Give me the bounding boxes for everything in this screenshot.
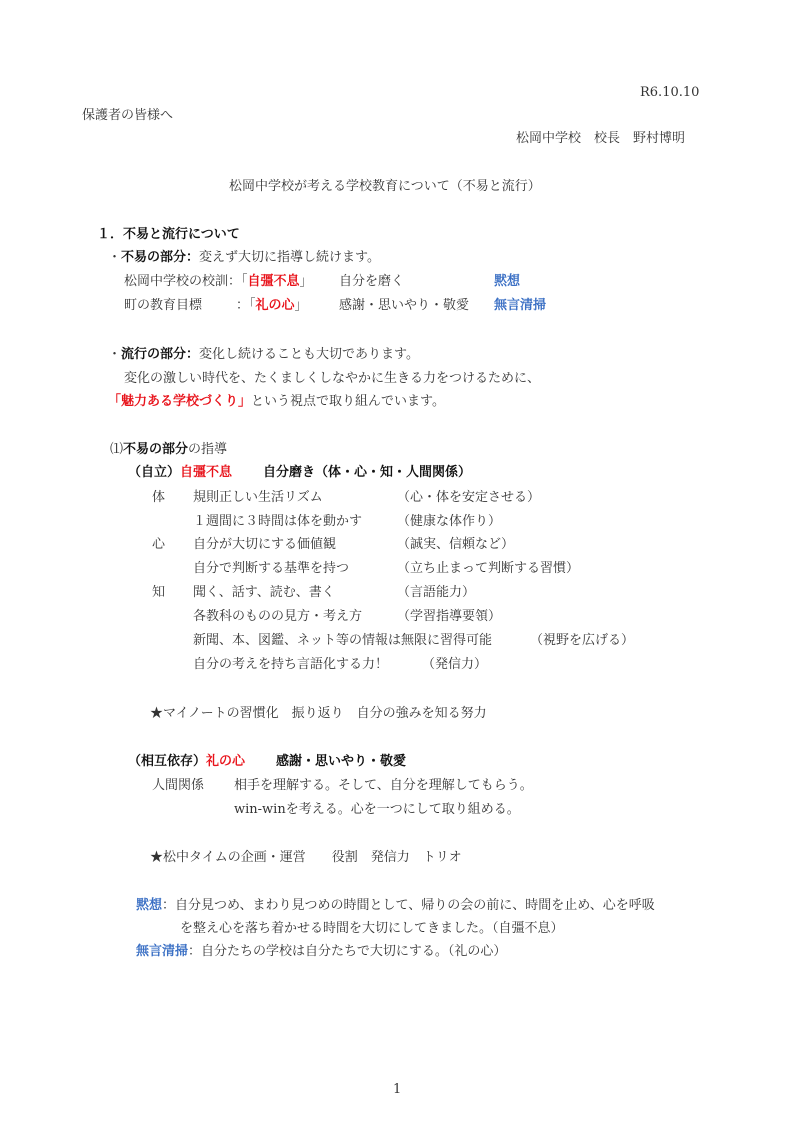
ryuko-line: ・流行の部分：変化し続けることも大切であります。	[108, 346, 419, 364]
sender: 松岡中学校 校長 野村博明	[516, 130, 685, 148]
sougo-label: （相互依存）	[128, 754, 206, 769]
row-note: （心・体を安定させる）	[397, 489, 540, 507]
row-note: （誠実、信頼など）	[397, 536, 514, 554]
jiritsu-desc: 自分磨き（体・心・知・人間関係）	[263, 464, 471, 482]
row-note: （健康な体作り）	[397, 513, 501, 531]
row-category: 心	[152, 536, 165, 554]
highlight-phrase: 「魅力ある学校づくり」	[108, 394, 251, 409]
date: R6.10.10	[640, 84, 699, 102]
row-item: １週間に３時間は体を動かす	[193, 513, 362, 531]
jiritsu-heading: （自立）自彊不息	[128, 464, 232, 482]
town-goal-label: 町の教育目標	[124, 297, 202, 315]
mugon-note: 無言清掃：自分たちの学校は自分たちで大切にする。（礼の心）	[136, 943, 506, 961]
row-item: 聞く、話す、読む、書く	[193, 584, 335, 602]
fueki-line: ・不易の部分：変えず大切に指導し続けます。	[108, 249, 380, 267]
school-motto-value: 自彊不息	[248, 274, 300, 289]
town-goal-value: ：「礼の心」	[236, 297, 308, 315]
separator: ：	[162, 898, 175, 913]
section-heading: １．不易と流行について	[97, 226, 240, 244]
town-goal-desc: 感謝・思いやり・敬愛	[339, 297, 469, 315]
row-item: 規則正しい生活リズム	[193, 489, 323, 507]
quote-close: 」	[295, 298, 308, 313]
jiritsu-value: 自彊不息	[180, 465, 232, 480]
page-number: 1	[393, 1081, 401, 1099]
school-motto-desc: 自分を磨く	[339, 273, 404, 291]
sougo-heading: （相互依存）礼の心	[128, 753, 245, 771]
town-goal-name: 礼の心	[256, 298, 295, 313]
mokuso-term: 黙想	[136, 898, 162, 913]
sougo-star-note: ★松中タイムの企画・運営 役割 発信力 トリオ	[150, 849, 462, 867]
addressee: 保護者の皆様へ	[82, 107, 173, 125]
row-item: 各教科のものの見方・考え方	[193, 608, 362, 626]
school-motto-row: 松岡中学校の校訓：「自彊不息」	[124, 273, 313, 291]
row-note: （立ち止まって判断する習慣）	[397, 560, 579, 578]
fueki-text: 変えず大切に指導し続けます。	[199, 250, 380, 265]
row-category: 知	[152, 584, 165, 602]
fueki-label: 不易の部分：	[121, 250, 199, 265]
mugon-term: 無言清掃	[136, 944, 188, 959]
ryuko-line3: 「魅力ある学校づくり」という視点で取り組んでいます。	[108, 393, 445, 411]
bullet: ・	[108, 250, 121, 265]
sougo-category: 人間関係	[152, 777, 204, 795]
subsection-rest: の指導	[188, 442, 227, 457]
subsection-bold: 不易の部分	[123, 442, 188, 457]
sougo-value: 礼の心	[206, 754, 245, 769]
school-motto-label: 松岡中学校の校訓：	[124, 274, 241, 289]
sougo-item: win-winを考える。心を一つにして取り組める。	[234, 801, 520, 819]
row-item: 自分で判断する基準を持つ	[193, 560, 349, 578]
ryuko-label: 流行の部分：	[121, 347, 199, 362]
subsection-num: ⑴	[110, 442, 123, 457]
mugon-text: 自分たちの学校は自分たちで大切にする。（礼の心）	[201, 944, 506, 959]
document-title: 松岡中学校が考える学校教育について（不易と流行）	[229, 178, 541, 196]
subsection-heading: ⑴不易の部分の指導	[110, 441, 227, 459]
row-category: 体	[152, 489, 165, 507]
ryuko-line2: 変化の激しい時代を、たくましくしなやかに生きる力をつけるために、	[124, 370, 540, 388]
mokuso-note-cont: を整え心を落ち着かせる時間を大切にしてきました。（自彊不息）	[180, 920, 564, 938]
sougo-item: 相手を理解する。そして、自分を理解してもらう。	[234, 777, 533, 795]
colon: ：	[236, 298, 249, 313]
separator: ：	[188, 944, 201, 959]
row-note: （言語能力）	[397, 584, 475, 602]
town-goal-tag: 無言清掃	[494, 297, 546, 315]
row-item: 自分の考えを持ち言語化する力！	[193, 656, 388, 674]
row-item: 新聞、本、図鑑、ネット等の情報は無限に習得可能	[193, 632, 492, 650]
quote-close: 」	[300, 274, 313, 289]
bullet: ・	[108, 347, 121, 362]
sougo-desc: 感謝・思いやり・敬愛	[276, 753, 406, 771]
row-item: 自分が大切にする価値観	[193, 536, 336, 554]
row-note: （視野を広げる）	[530, 632, 634, 650]
mokuso-note: 黙想：自分見つめ、まわり見つめの時間として、帰りの会の前に、時間を止め、心を呼吸	[136, 897, 655, 915]
jiritsu-label: （自立）	[128, 465, 180, 480]
row-note: （発信力）	[422, 656, 487, 674]
school-motto-tag: 黙想	[494, 273, 520, 291]
mokuso-text1: 自分見つめ、まわり見つめの時間として、帰りの会の前に、時間を止め、心を呼吸	[175, 898, 655, 913]
ryuko-text: 変化し続けることも大切であります。	[199, 347, 419, 362]
jiritsu-star-note: ★マイノートの習慣化 振り返り 自分の強みを知る努力	[150, 705, 487, 723]
ryuko-line3-rest: という視点で取り組んでいます。	[251, 394, 445, 409]
row-note: （学習指導要領）	[397, 608, 501, 626]
